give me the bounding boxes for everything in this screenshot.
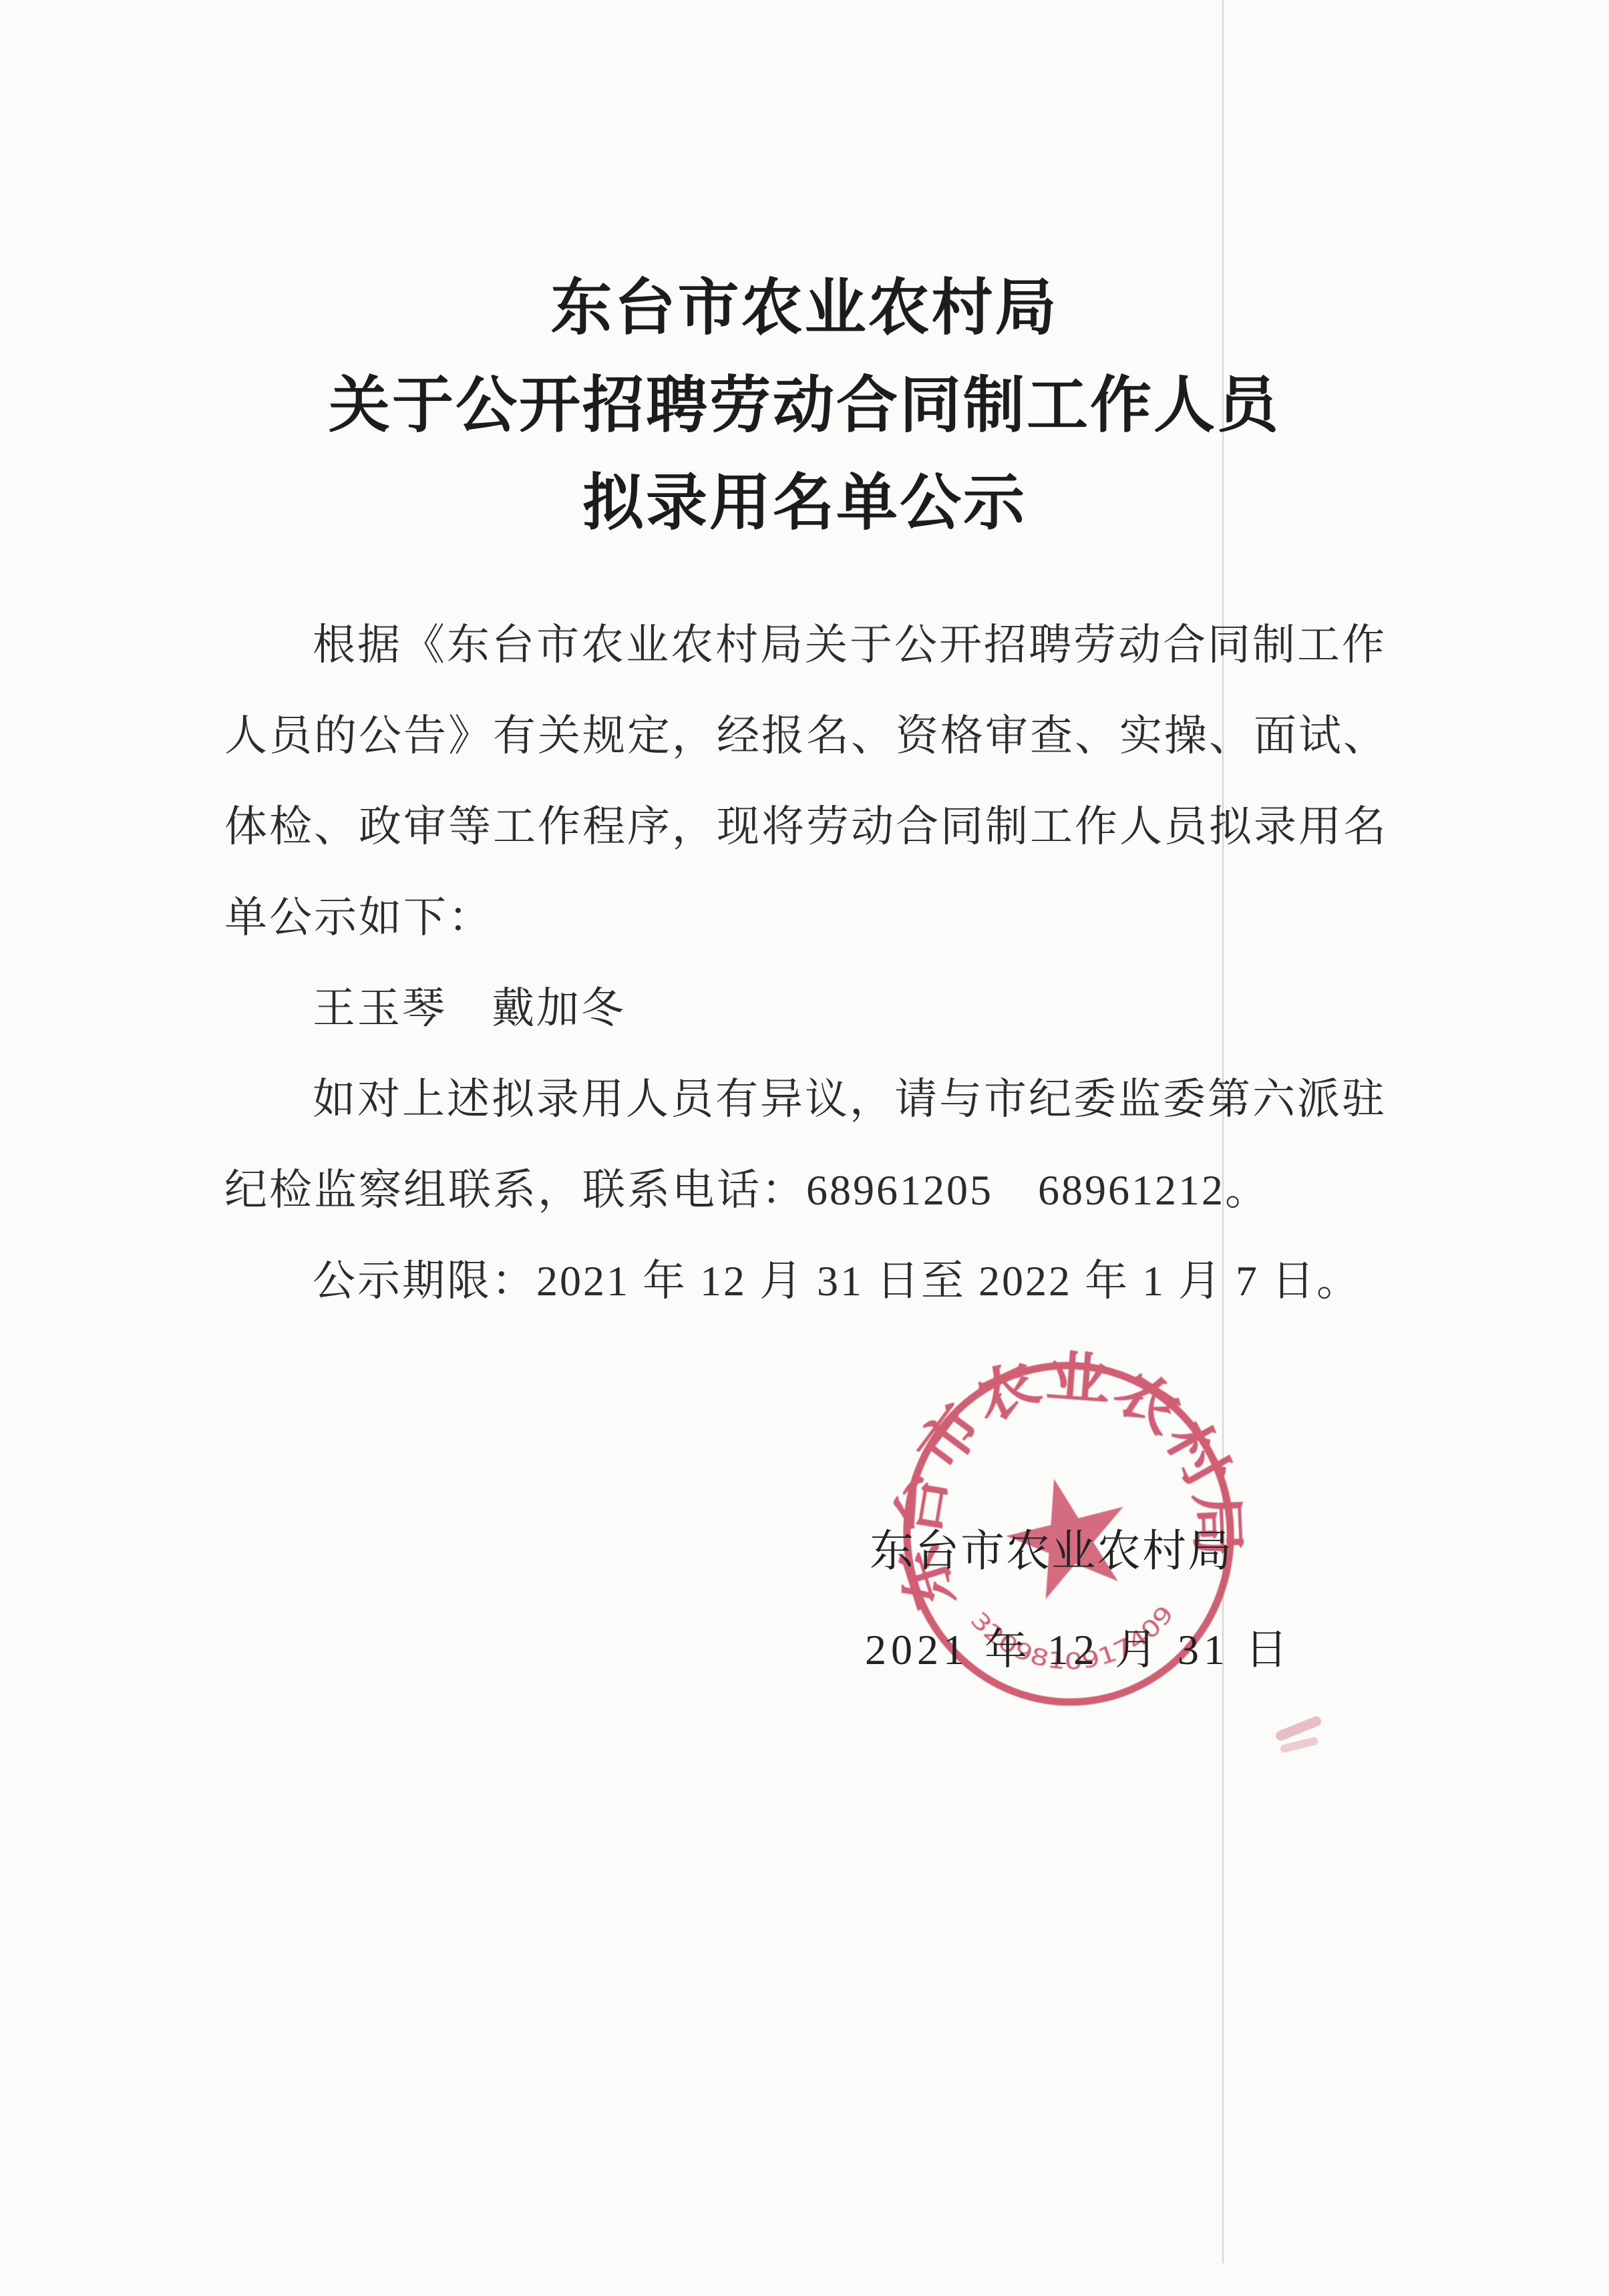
body-line: 如对上述拟录用人员有异议，请与市纪委监委第六派驻 — [224, 1054, 1387, 1145]
body-line: 单公示如下： — [224, 872, 1387, 963]
signature-org: 东台市农业农村局 — [870, 1515, 1233, 1579]
title-line-3: 拟录用名单公示 — [0, 454, 1609, 552]
title-line-2: 关于公开招聘劳动合同制工作人员 — [0, 357, 1609, 454]
document-body: 根据《东台市农业农村局关于公开招聘劳动合同制工作 人员的公告》有关规定，经报名、… — [224, 600, 1387, 1327]
publicity-period-line: 公示期限：2021 年 12 月 31 日至 2022 年 1 月 7 日。 — [224, 1236, 1387, 1327]
document-title: 东台市农业农村局 关于公开招聘劳动合同制工作人员 拟录用名单公示 — [0, 259, 1609, 552]
title-line-1: 东台市农业农村局 — [0, 259, 1609, 357]
signature-date: 2021 年 12 月 31 日 — [865, 1615, 1292, 1677]
contact-phone-line: 纪检监察组联系，联系电话：68961205 68961212。 — [224, 1145, 1387, 1236]
body-line: 人员的公告》有关规定，经报名、资格审查、实操、面试、 — [224, 691, 1387, 782]
document-page: 东台市农业农村局 关于公开招聘劳动合同制工作人员 拟录用名单公示 根据《东台市农… — [0, 0, 1609, 2296]
body-line: 体检、政审等工作程序，现将劳动合同制工作人员拟录用名 — [224, 782, 1387, 872]
body-line: 根据《东台市农业农村局关于公开招聘劳动合同制工作 — [224, 600, 1387, 691]
candidate-names: 王玉琴 戴加冬 — [224, 963, 1387, 1054]
